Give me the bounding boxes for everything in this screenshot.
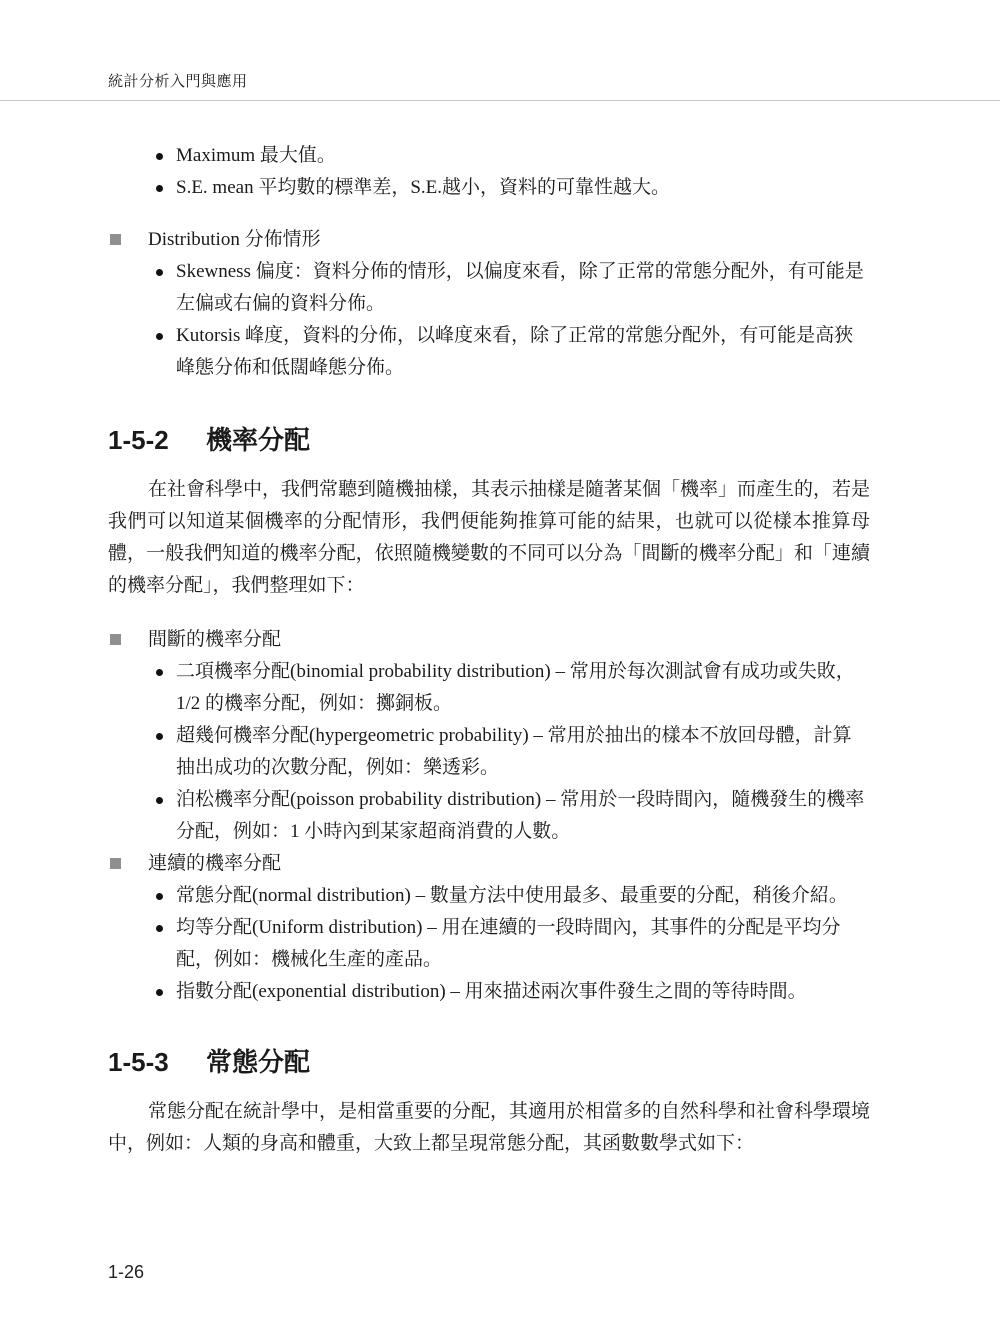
bullet-icon — [156, 989, 163, 996]
discrete-list: 二項機率分配(binomial probability distribution… — [108, 656, 870, 848]
header-divider — [0, 100, 1000, 101]
page-number: 1-26 — [108, 1262, 144, 1283]
running-header: 統計分析入門與應用 — [108, 70, 248, 91]
paragraph: 常態分配在統計學中，是相當重要的分配，其適用於相當多的自然科學和社會科學環境中，… — [108, 1096, 870, 1160]
continuous-heading: 連續的機率分配 — [108, 848, 870, 880]
bullet-icon — [156, 733, 163, 740]
list-item: 泊松機率分配(poisson probability distribution)… — [156, 784, 870, 848]
bullet-icon — [156, 797, 163, 804]
bullet-icon — [156, 269, 163, 276]
list-item: Skewness 偏度：資料分佈的情形，以偏度來看，除了正常的常態分配外，有可能… — [156, 256, 870, 320]
list-item: 超幾何機率分配(hypergeometric probability) – 常用… — [156, 720, 870, 784]
stats-list: Maximum 最大值。 S.E. mean 平均數的標準差，S.E.越小，資料… — [108, 140, 870, 204]
bullet-icon — [156, 333, 163, 340]
square-bullet-icon — [110, 234, 121, 245]
distribution-list: Skewness 偏度：資料分佈的情形，以偏度來看，除了正常的常態分配外，有可能… — [108, 256, 870, 384]
list-item: 均等分配(Uniform distribution) – 用在連續的一段時間內，… — [156, 912, 870, 976]
bullet-icon — [156, 893, 163, 900]
list-item: 常態分配(normal distribution) – 數量方法中使用最多、最重… — [156, 880, 870, 912]
list-item: Kutorsis 峰度，資料的分佈，以峰度來看，除了正常的常態分配外，有可能是高… — [156, 320, 870, 384]
list-item: S.E. mean 平均數的標準差，S.E.越小，資料的可靠性越大。 — [156, 172, 870, 204]
list-item: 二項機率分配(binomial probability distribution… — [156, 656, 870, 720]
list-item: 指數分配(exponential distribution) – 用來描述兩次事… — [156, 976, 870, 1008]
square-bullet-icon — [110, 634, 121, 645]
list-item: Maximum 最大值。 — [156, 140, 870, 172]
continuous-list: 常態分配(normal distribution) – 數量方法中使用最多、最重… — [108, 880, 870, 1008]
bullet-icon — [156, 185, 163, 192]
section-heading-1-5-2: 1-5-2機率分配 — [108, 420, 870, 460]
bullet-icon — [156, 153, 163, 160]
page-content: Maximum 最大值。 S.E. mean 平均數的標準差，S.E.越小，資料… — [108, 140, 870, 1160]
bullet-icon — [156, 669, 163, 676]
paragraph: 在社會科學中，我們常聽到隨機抽樣，其表示抽樣是隨著某個「機率」而產生的，若是我們… — [108, 474, 870, 602]
distribution-heading: Distribution 分佈情形 — [108, 224, 870, 256]
section-heading-1-5-3: 1-5-3常態分配 — [108, 1042, 870, 1082]
discrete-heading: 間斷的機率分配 — [108, 624, 870, 656]
bullet-icon — [156, 925, 163, 932]
square-bullet-icon — [110, 858, 121, 869]
